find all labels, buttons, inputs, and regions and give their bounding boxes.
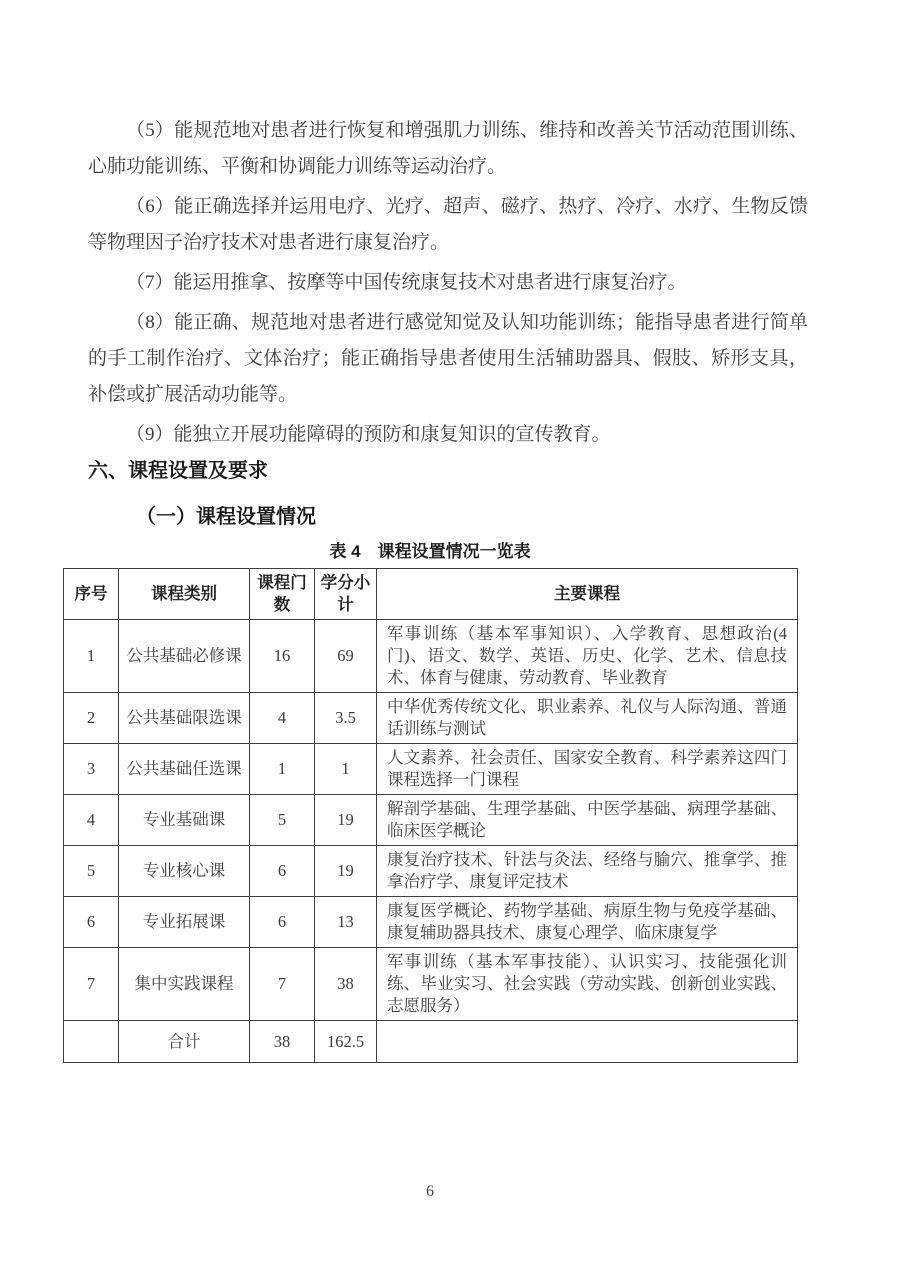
cell-main-courses: 康复治疗技术、针法与灸法、经络与腧穴、推拿学、推拿治疗学、康复评定技术: [377, 846, 798, 897]
document-page: （5）能规范地对患者进行恢复和增强肌力训练、维持和改善关节活动范围训练、心肺功能…: [0, 0, 900, 1273]
cell-seq: 1: [64, 620, 119, 693]
cell-main-courses: 康复医学概论、药物学基础、病原生物与免疫学基础、康复辅助器具技术、康复心理学、临…: [377, 897, 798, 948]
cell-seq: 4: [64, 795, 119, 846]
cell-credits: 19: [315, 846, 377, 897]
cell-main-courses: 军事训练（基本军事知识）、入学教育、思想政治(4 门)、语文、数学、英语、历史、…: [377, 620, 798, 693]
cell-credits: 69: [315, 620, 377, 693]
cell-credits: 162.5: [315, 1021, 377, 1063]
cell-main-courses: 解剖学基础、生理学基础、中医学基础、病理学基础、临床医学概论: [377, 795, 798, 846]
table-row: 3 公共基础任选课 1 1 人文素养、社会责任、国家安全教育、科学素养这四门课程…: [64, 744, 798, 795]
cell-course-count: 7: [250, 948, 315, 1021]
cell-course-count: 4: [250, 693, 315, 744]
cell-category: 专业拓展课: [119, 897, 250, 948]
paragraph-7: （7）能运用推拿、按摩等中国传统康复技术对患者进行康复治疗。: [88, 265, 808, 301]
table-header-row: 序号 课程类别 课程门数 学分小计 主要课程: [64, 569, 798, 620]
paragraph-8: （8）能正确、规范地对患者进行感觉知觉及认知功能训练；能指导患者进行简单的手工制…: [88, 305, 808, 413]
header-seq: 序号: [64, 569, 119, 620]
cell-course-count: 1: [250, 744, 315, 795]
cell-main-courses: 军事训练（基本军事技能）、认识实习、技能强化训练、毕业实习、社会实践（劳动实践、…: [377, 948, 798, 1021]
cell-credits: 19: [315, 795, 377, 846]
header-category: 课程类别: [119, 569, 250, 620]
page-number: 6: [63, 1183, 797, 1201]
table-row: 5 专业核心课 6 19 康复治疗技术、针法与灸法、经络与腧穴、推拿学、推拿治疗…: [64, 846, 798, 897]
cell-main-courses: 人文素养、社会责任、国家安全教育、科学素养这四门课程选择一门课程: [377, 744, 798, 795]
header-course-count: 课程门数: [250, 569, 315, 620]
cell-main-courses: 中华优秀传统文化、职业素养、礼仪与人际沟通、普通话训练与测试: [377, 693, 798, 744]
cell-course-count: 16: [250, 620, 315, 693]
cell-seq: [64, 1021, 119, 1063]
table-row: 2 公共基础限选课 4 3.5 中华优秀传统文化、职业素养、礼仪与人际沟通、普通…: [64, 693, 798, 744]
cell-category: 公共基础必修课: [119, 620, 250, 693]
cell-course-count: 6: [250, 897, 315, 948]
section-heading: 六、课程设置及要求: [88, 457, 900, 485]
cell-category: 专业基础课: [119, 795, 250, 846]
cell-seq: 7: [64, 948, 119, 1021]
cell-seq: 6: [64, 897, 119, 948]
table-row: 6 专业拓展课 6 13 康复医学概论、药物学基础、病原生物与免疫学基础、康复辅…: [64, 897, 798, 948]
table-row: 7 集中实践课程 7 38 军事训练（基本军事技能）、认识实习、技能强化训练、毕…: [64, 948, 798, 1021]
body-text-block: （5）能规范地对患者进行恢复和增强肌力训练、维持和改善关节活动范围训练、心肺功能…: [88, 113, 808, 453]
cell-credits: 38: [315, 948, 377, 1021]
table-row: 4 专业基础课 5 19 解剖学基础、生理学基础、中医学基础、病理学基础、临床医…: [64, 795, 798, 846]
cell-seq: 2: [64, 693, 119, 744]
cell-category: 合计: [119, 1021, 250, 1063]
paragraph-5: （5）能规范地对患者进行恢复和增强肌力训练、维持和改善关节活动范围训练、心肺功能…: [88, 113, 808, 185]
table-row: 1 公共基础必修课 16 69 军事训练（基本军事知识）、入学教育、思想政治(4…: [64, 620, 798, 693]
table-caption: 表 4 课程设置情况一览表: [63, 540, 797, 564]
paragraph-9: （9）能独立开展功能障碍的预防和康复知识的宣传教育。: [88, 417, 808, 453]
cell-category: 公共基础任选课: [119, 744, 250, 795]
table-row-total: 合计 38 162.5: [64, 1021, 798, 1063]
cell-course-count: 6: [250, 846, 315, 897]
cell-seq: 5: [64, 846, 119, 897]
cell-category: 专业核心课: [119, 846, 250, 897]
course-table: 序号 课程类别 课程门数 学分小计 主要课程 1 公共基础必修课 16 69 军…: [63, 568, 798, 1063]
cell-credits: 13: [315, 897, 377, 948]
cell-category: 公共基础限选课: [119, 693, 250, 744]
header-credits: 学分小计: [315, 569, 377, 620]
cell-main-courses: [377, 1021, 798, 1063]
cell-seq: 3: [64, 744, 119, 795]
header-main-courses: 主要课程: [377, 569, 798, 620]
cell-course-count: 5: [250, 795, 315, 846]
cell-category: 集中实践课程: [119, 948, 250, 1021]
cell-credits: 1: [315, 744, 377, 795]
paragraph-6: （6）能正确选择并运用电疗、光疗、超声、磁疗、热疗、冷疗、水疗、生物反馈等物理因…: [88, 189, 808, 261]
cell-credits: 3.5: [315, 693, 377, 744]
cell-course-count: 38: [250, 1021, 315, 1063]
subsection-heading: （一）课程设置情况: [136, 503, 900, 531]
